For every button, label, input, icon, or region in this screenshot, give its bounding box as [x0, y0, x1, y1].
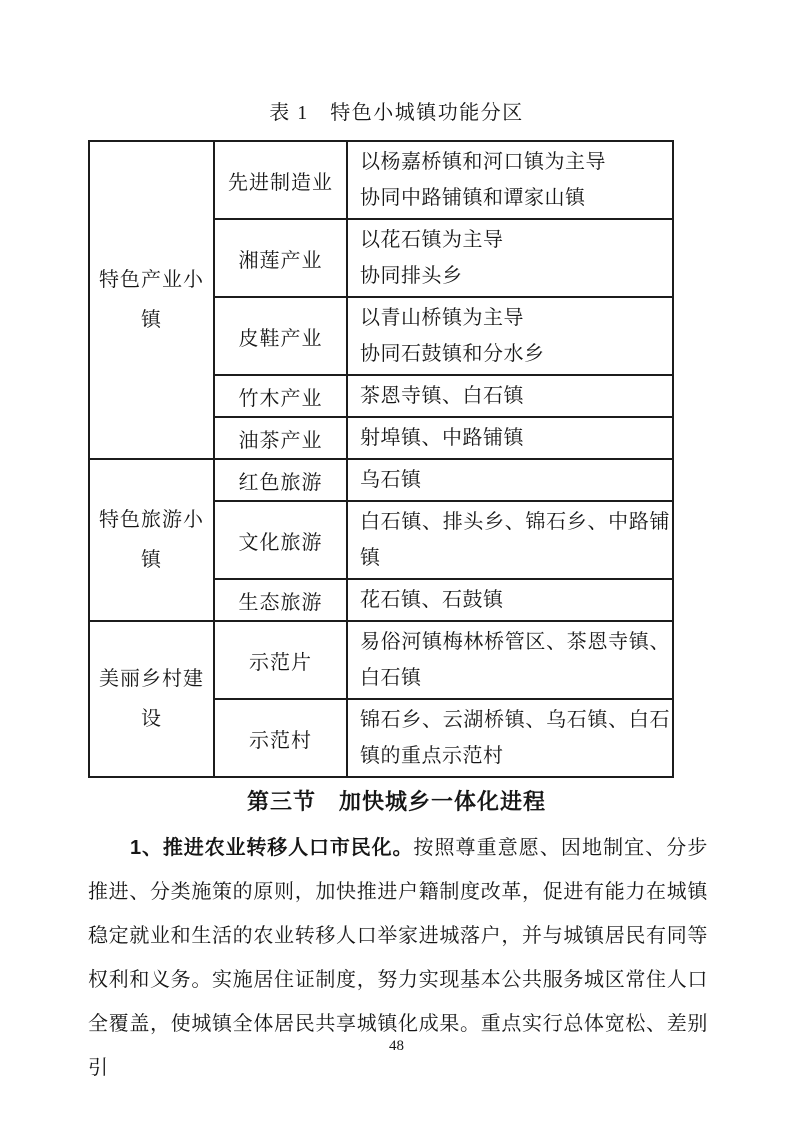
table-row: 美丽乡村建设 示范片 易俗河镇梅林桥管区、茶恩寺镇、白石镇 [89, 621, 673, 699]
desc-line: 以杨嘉桥镇和河口镇为主导 [360, 144, 670, 180]
desc-cell: 茶恩寺镇、白石镇 [347, 375, 673, 417]
table-caption: 表 1 特色小城镇功能分区 [0, 100, 793, 126]
desc-cell: 白石镇、排头乡、锦石乡、中路铺镇 [347, 501, 673, 579]
page-number: 48 [0, 1036, 793, 1056]
type-cell: 湘莲产业 [214, 219, 347, 297]
desc-cell: 射埠镇、中路铺镇 [347, 417, 673, 459]
table-row: 特色产业小镇 先进制造业 以杨嘉桥镇和河口镇为主导 协同中路铺镇和谭家山镇 [89, 141, 673, 219]
desc-line: 以花石镇为主导 [360, 222, 670, 258]
section-heading: 第三节 加快城乡一体化进程 [0, 786, 793, 818]
category-cell: 特色产业小镇 [89, 141, 214, 459]
desc-line: 茶恩寺镇、白石镇 [360, 378, 670, 414]
paragraph-lead: 1、推进农业转移人口市民化。 [130, 837, 413, 859]
type-cell: 文化旅游 [214, 501, 347, 579]
type-cell: 皮鞋产业 [214, 297, 347, 375]
desc-line: 协同中路铺镇和谭家山镇 [360, 180, 670, 216]
desc-line: 白石镇、排头乡、锦石乡、中路铺镇 [360, 504, 670, 576]
desc-line: 以青山桥镇为主导 [360, 300, 670, 336]
desc-line: 乌石镇 [360, 462, 670, 498]
desc-line: 协同石鼓镇和分水乡 [360, 336, 670, 372]
desc-cell: 锦石乡、云湖桥镇、乌石镇、白石镇的重点示范村 [347, 699, 673, 777]
desc-cell: 以杨嘉桥镇和河口镇为主导 协同中路铺镇和谭家山镇 [347, 141, 673, 219]
document-page: 表 1 特色小城镇功能分区 特色产业小镇 先进制造业 以杨嘉桥镇和河口镇为主导 … [0, 0, 793, 1122]
desc-cell: 乌石镇 [347, 459, 673, 501]
desc-cell: 花石镇、石鼓镇 [347, 579, 673, 621]
type-cell: 示范片 [214, 621, 347, 699]
type-cell: 示范村 [214, 699, 347, 777]
desc-cell: 以青山桥镇为主导 协同石鼓镇和分水乡 [347, 297, 673, 375]
category-cell: 特色旅游小镇 [89, 459, 214, 621]
table-row: 特色旅游小镇 红色旅游 乌石镇 [89, 459, 673, 501]
desc-line: 锦石乡、云湖桥镇、乌石镇、白石镇的重点示范村 [360, 702, 670, 774]
desc-line: 射埠镇、中路铺镇 [360, 420, 670, 456]
function-zones-table: 特色产业小镇 先进制造业 以杨嘉桥镇和河口镇为主导 协同中路铺镇和谭家山镇 湘莲… [88, 140, 674, 778]
desc-cell: 以花石镇为主导 协同排头乡 [347, 219, 673, 297]
category-cell: 美丽乡村建设 [89, 621, 214, 777]
desc-cell: 易俗河镇梅林桥管区、茶恩寺镇、白石镇 [347, 621, 673, 699]
desc-line: 协同排头乡 [360, 258, 670, 294]
type-cell: 竹木产业 [214, 375, 347, 417]
type-cell: 生态旅游 [214, 579, 347, 621]
type-cell: 红色旅游 [214, 459, 347, 501]
type-cell: 先进制造业 [214, 141, 347, 219]
desc-line: 易俗河镇梅林桥管区、茶恩寺镇、白石镇 [360, 624, 670, 696]
desc-line: 花石镇、石鼓镇 [360, 582, 670, 618]
type-cell: 油茶产业 [214, 417, 347, 459]
